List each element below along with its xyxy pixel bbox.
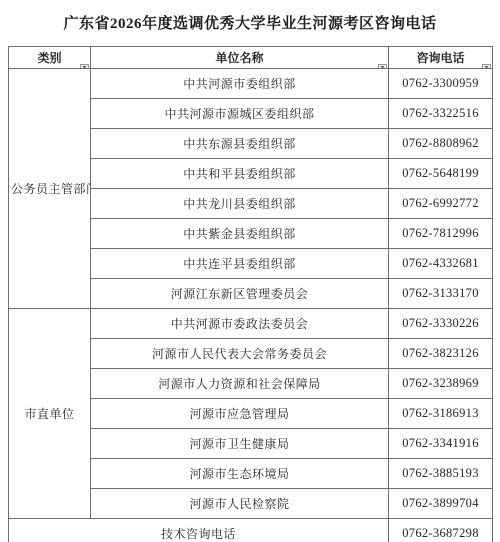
unit-cell: 中共河源市源城区委组织部 <box>91 99 389 129</box>
category-cell-shizhi: 市直单位 <box>9 309 91 519</box>
phone-cell: 0762-3341916 <box>389 429 493 459</box>
phone-cell: 0762-3186913 <box>389 399 493 429</box>
phone-cell: 0762-5648199 <box>389 159 493 189</box>
unit-cell: 河源市人力资源和社会保障局 <box>91 369 389 399</box>
unit-cell: 河源市应急管理局 <box>91 399 389 429</box>
phone-cell: 0762-3133170 <box>389 279 493 309</box>
phone-cell: 0762-3238969 <box>389 369 493 399</box>
footer-label-cell: 技术咨询电话 <box>9 519 389 542</box>
unit-cell: 中共河源市委政法委员会 <box>91 309 389 339</box>
header-unit-label: 单位名称 <box>215 51 263 65</box>
unit-cell: 中共东源县委组织部 <box>91 129 389 159</box>
header-category: 类别 ▾ <box>9 47 91 69</box>
unit-cell: 中共紫金县委组织部 <box>91 219 389 249</box>
filter-dropdown-icon[interactable]: ▾ <box>378 64 387 69</box>
category-cell-gongwuyuan: 公务员主管部门 <box>9 69 91 309</box>
phone-cell: 0762-8808962 <box>389 129 493 159</box>
header-category-label: 类别 <box>37 51 61 65</box>
header-row: 类别 ▾ 单位名称 ▾ 咨询电话 ▾ <box>9 47 493 69</box>
header-unit: 单位名称 ▾ <box>91 47 389 69</box>
unit-cell: 中共龙川县委组织部 <box>91 189 389 219</box>
unit-cell: 河源市人民代表大会常务委员会 <box>91 339 389 369</box>
header-phone-label: 咨询电话 <box>416 51 464 65</box>
footer-phone-cell: 0762-3687298 <box>389 519 493 542</box>
unit-cell: 河源市人民检察院 <box>91 489 389 519</box>
chevron-down-icon: ▾ <box>83 65 86 69</box>
phone-cell: 0762-7812996 <box>389 219 493 249</box>
unit-cell: 河源市卫生健康局 <box>91 429 389 459</box>
unit-cell: 中共和平县委组织部 <box>91 159 389 189</box>
phone-cell: 0762-4332681 <box>389 249 493 279</box>
table-row: 公务员主管部门 中共河源市委组织部 0762-3300959 <box>9 69 493 99</box>
phone-cell: 0762-6992772 <box>389 189 493 219</box>
page-title: 广东省2026年度选调优秀大学毕业生河源考区咨询电话 <box>0 12 500 33</box>
unit-cell: 河源江东新区管理委员会 <box>91 279 389 309</box>
unit-cell: 中共连平县委组织部 <box>91 249 389 279</box>
filter-dropdown-icon[interactable]: ▾ <box>80 64 89 69</box>
chevron-down-icon: ▾ <box>381 65 384 69</box>
page: 广东省2026年度选调优秀大学毕业生河源考区咨询电话 类别 ▾ 单位名称 ▾ 咨… <box>0 0 500 542</box>
phone-cell: 0762-3899704 <box>389 489 493 519</box>
chevron-down-icon: ▾ <box>485 65 488 69</box>
table-row: 市直单位 中共河源市委政法委员会 0762-3330226 <box>9 309 493 339</box>
unit-cell: 中共河源市委组织部 <box>91 69 389 99</box>
header-phone: 咨询电话 ▾ <box>389 47 493 69</box>
footer-row: 技术咨询电话 0762-3687298 <box>9 519 493 542</box>
phone-cell: 0762-3322516 <box>389 99 493 129</box>
contact-table: 类别 ▾ 单位名称 ▾ 咨询电话 ▾ 公务员主管部门 中共河源市委组织部 076… <box>8 46 493 542</box>
phone-cell: 0762-3885193 <box>389 459 493 489</box>
unit-cell: 河源市生态环境局 <box>91 459 389 489</box>
filter-dropdown-icon[interactable]: ▾ <box>482 64 491 69</box>
phone-cell: 0762-3300959 <box>389 69 493 99</box>
phone-cell: 0762-3823126 <box>389 339 493 369</box>
phone-cell: 0762-3330226 <box>389 309 493 339</box>
